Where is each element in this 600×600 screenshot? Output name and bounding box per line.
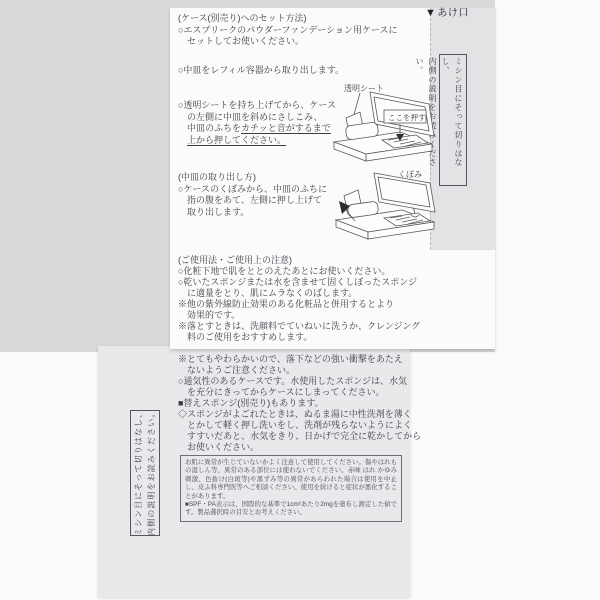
text-line: に適量をとり、肌にムラなくのばします。 [178,288,420,299]
text-line: セットしてお使いください。 [178,36,398,48]
text-line: ○エスプリークのパウダーファンデーション用ケースに [178,25,398,37]
text-line: とかして軽く押し洗いをし、洗剤が残らないようによく [178,420,421,431]
instruction-sheet-upper: ミシン目にそって切りはなし、 内側の説明をお読みください。 (ケース(別売り)へ… [170,8,495,349]
text-line: ○透明シートを持ち上げてから、ケース [178,100,336,112]
usage-notes-block: (ご使用法・ご使用上の注意)○化粧下地で肌をととのえたあとにお使いください。○乾… [178,255,420,343]
note-line: ミシン目にそって切りはなし、 [132,410,145,536]
text-line: 中皿のふちをカチッと音がするまで [178,123,336,135]
text-line: ※他の紫外線防止効果のある化粧品と併用するとより [178,299,420,310]
text-line: ○乾いたスポンジまたは水を含ませて固くしぼったスポンジ [178,277,420,288]
inner-sheet-lower: ミシン目にそって切りはなし、 内側の説明をお読みください。 ※とてもやわらかいの… [98,346,410,597]
perforation-note-rotated-text: ミシン目にそって切りはなし、 内側の説明をお読みください。 [130,410,160,536]
text-line: ○化粧下地で肌をととのえたあとにお使いください。 [178,266,420,277]
text-line: ■替えスポンジ(別売り)もあります。 [178,398,421,409]
skin-warning-text: お肌に異常が生じていないかよく注意して使用してください。傷やはれもの湿しん等、異… [185,459,397,501]
text-line: ○ケースのくぼみから、中皿のふちに [178,184,327,196]
warning-notice-box: お肌に異常が生じていないかよく注意して使用してください。傷やはれもの湿しん等、異… [180,455,402,522]
press-here-label: ここを押す [388,112,426,122]
text-line: 指の腹をあて、左側に押し上げて [178,195,327,207]
perforation-note-vertical: ミシン目にそって切りはなし、 内側の説明をお読みください。 [439,54,467,186]
note-line: 内側の説明をお読みください。 [145,410,158,536]
note-line: ミシン目にそって切りはなし、 [439,57,465,183]
text-line: (中皿の取り出し方) [178,172,327,184]
tray-remove-block: (中皿の取り出し方)○ケースのくぼみから、中皿のふちに指の腹をあて、左側に押し上… [178,172,327,218]
text-line: お使いください。 [178,442,421,453]
text-line: の左側に中皿を斜めにさしこみ、 [178,112,336,124]
text-line: (ケース(別売り)へのセット方法) [178,13,398,25]
tray-out-block: ○中皿をレフィル容器から取り出します。 [178,65,344,77]
text-line: ないようご注意ください。 [178,365,421,376]
case-insert-diagram: 透明シート ここを押す [330,80,442,176]
text-line: を充分にきってからケースにしまってください。 [178,387,421,398]
notch-label: くぼみ [398,169,422,179]
text-line: 料のご使用をおすすめします。 [178,332,420,343]
text-line: ※とてもやわらかいので、落下などの強い衝撃をあたえ [178,354,421,365]
text-line: すすいだあと、水気をきり、日かげで完全に乾かしてから [178,431,421,442]
case-remove-diagram: くぼみ [330,168,444,250]
tray-insert-block: ○透明シートを持ち上げてから、ケースの左側に中皿を斜めにさしこみ、中皿のふちをカ… [178,100,336,146]
text-line: ※落とすときは、洗顔料でていねいに洗うか、クレンジング [178,321,420,332]
text-line: 上から押してください。 [178,135,336,147]
perforation-note-rotated: ミシン目にそって切りはなし、 内側の説明をお読みください。 [130,410,160,536]
text-line: (ご使用法・ご使用上の注意) [178,255,420,266]
text-line: ◇スポンジがよごれたときは、ぬるま湯に中性洗剤を薄く [178,409,421,420]
text-line: ○中皿をレフィル容器から取り出します。 [178,65,344,77]
open-here-mark: ▼あけ口 [425,4,469,19]
text-line: 効果的です。 [178,310,420,321]
text-line: ○通気性のあるケースです。水使用したスポンジは、水気 [178,376,421,387]
spf-note-text: ■SPF・PA表示は、国際的な基準で1cm²あたり2mgを塗布し測定した値です。… [185,501,397,518]
care-instructions-block: ※とてもやわらかいので、落下などの強い衝撃をあたえないようご注意ください。○通気… [178,354,421,453]
text-line: 取り出します。 [178,207,327,219]
open-triangle-icon: ▼ [425,7,436,19]
case-set-method-block: (ケース(別売り)へのセット方法)○エスプリークのパウダーファンデーション用ケー… [178,13,398,48]
open-here-label: あけ口 [437,8,469,19]
sheet-label: 透明シート [344,84,384,93]
packaging-photo: ミシン目にそって切りはなし、 内側の説明をお読みください。 ※とてもやわらかいの… [0,0,600,600]
